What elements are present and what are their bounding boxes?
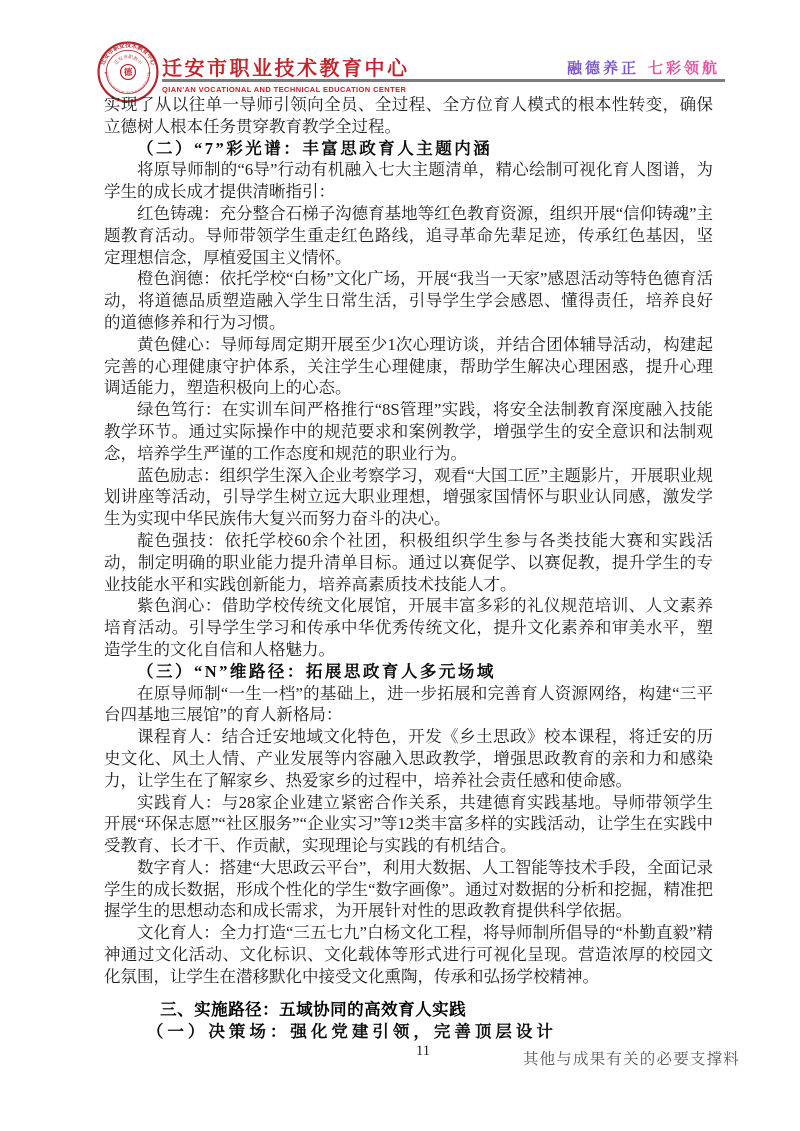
seal-center-character: 德 [124, 67, 133, 77]
seal-star-icon: ★ [148, 71, 152, 75]
paragraph: 橙色润德：依托学校“白杨”文化广场，开展“我当一天家”感恩活动等特色德育活动，将… [104, 268, 713, 333]
paragraph: 在原导师制“一生一档”的基础上，进一步拓展和完善育人资源网络，构建“三平台四基地… [104, 683, 713, 727]
paragraph: 靛色强技：依托学校60余个社团，积极组织学生参与各类技能大赛和实践活动，制定明确… [104, 530, 713, 595]
document-body: 实现了从以往单一导师引领向全员、全过程、全方位育人模式的根本性转变，确保立德树人… [104, 94, 713, 1043]
header-slogan: 融德养正七彩领航 [567, 57, 720, 78]
page-number: 11 [403, 1043, 443, 1060]
document-page: 迁安市职业技术教育中心 迁安市职教中 QIAN'AN VOCATIONAL AN… [0, 0, 800, 1131]
svg-text:迁安市职业技术教育中心: 迁安市职业技术教育中心 [98, 41, 158, 67]
slogan-left: 融德养正 [567, 61, 639, 77]
paragraph: 黄色健心：导师每周定期开展至少1次心理访谈，并结合团体辅导活动，构建起完善的心理… [104, 334, 713, 399]
paragraph: 红色铸魂：充分整合石梯子沟德育基地等红色教育资源，组织开展“信仰铸魂”主题教育活… [104, 203, 713, 268]
paragraph: 文化育人：全力打造“三五七九”白杨文化工程，将导师制所倡导的“朴勤直毅”精神通过… [104, 922, 713, 987]
section-heading: （一）决策场：强化党建引领，完善顶层设计 [104, 1021, 713, 1043]
paragraph: 将原导师制的“6导”行动有机融入七大主题清单，精心绘制可视化育人图谱，为学生的成… [104, 159, 713, 203]
chapter-heading: 三、实施路径：五域协同的高效育人实践 [104, 1000, 713, 1022]
paragraph: 实践育人：与28家企业建立紧密合作关系，共建德育实践基地。导师带领学生开展“环保… [104, 792, 713, 857]
seal-ring-text: 迁安市职业技术教育中心 [98, 41, 158, 67]
footer-note: 其他与成果有关的必要支撑料 [523, 1047, 740, 1069]
paragraph: 课程育人：结合迁安地域文化特色，开发《乡土思政》校本课程，将迁安的历史文化、风土… [104, 726, 713, 791]
paragraph: 实现了从以往单一导师引领向全员、全过程、全方位育人模式的根本性转变，确保立德树人… [104, 94, 713, 138]
school-name: 迁安市职业技术教育中心 [162, 52, 410, 81]
school-name-english: QIAN'AN VOCATIONAL AND TECHNICAL EDUCATI… [162, 85, 406, 94]
section-heading: （三）“N”维路径：拓展思政育人多元场域 [104, 661, 713, 683]
slogan-right: 七彩领航 [648, 61, 720, 77]
section-heading: （二）“7”彩光谱：丰富思政育人主题内涵 [104, 138, 713, 160]
paragraph: 蓝色励志：组织学生深入企业考察学习，观看“大国工匠”主题影片，开展职业规划讲座等… [104, 465, 713, 530]
header-divider [162, 79, 725, 82]
paragraph: 绿色笃行：在实训车间严格推行“8S管理”实践，将安全法制教育深度融入技能教学环节… [104, 399, 713, 464]
paragraph: 紫色润心：借助学校传统文化展馆，开展丰富多彩的礼仪规范培训、人文素养培育活动。引… [104, 595, 713, 660]
paragraph: 数字育人：搭建“大思政云平台”，利用大数据、人工智能等技术手段，全面记录学生的成… [104, 857, 713, 922]
